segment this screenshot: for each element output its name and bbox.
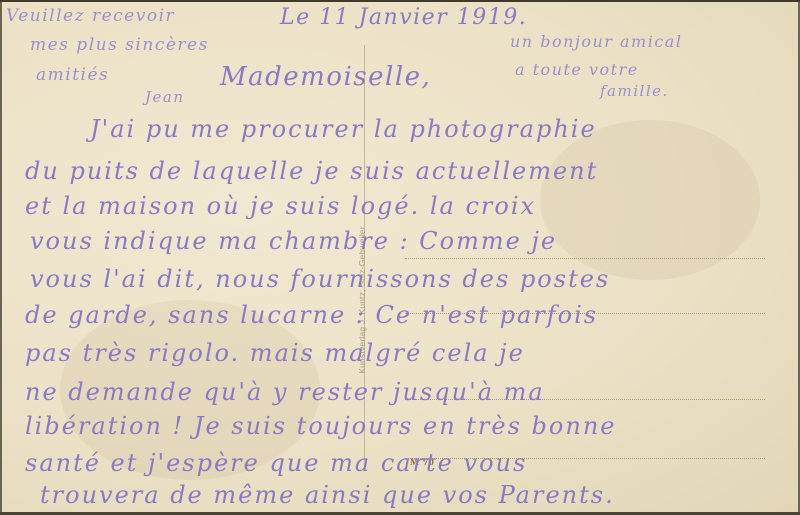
body-line: vous indique ma chambre : Comme je [30, 227, 557, 255]
body-line: J'ai pu me procurer la photographie [90, 115, 597, 143]
margin-note-left: Veuillez recevoir [6, 6, 175, 26]
body-line: de garde, sans lucarne : Ce n'est parfoi… [25, 301, 598, 329]
signature: Jean [145, 88, 185, 106]
body-line: ne demande qu'à y rester jusqu'à ma [25, 378, 545, 406]
body-line: vous l'ai dit, nous fournissons des post… [30, 265, 610, 293]
body-line: libération ! Je suis toujours en très bo… [25, 412, 616, 440]
margin-note-right: un bonjour amical [510, 32, 682, 51]
address-line [405, 258, 765, 259]
margin-note-right: a toute votre [515, 60, 639, 79]
paper-stain [540, 120, 760, 280]
body-line: pas très rigolo. mais malgré cela je [25, 339, 525, 367]
body-line: et la maison où je suis logé. la croix [25, 192, 536, 220]
body-line: du puits de laquelle je suis actuellemen… [25, 157, 598, 185]
margin-note-left: amitiés [36, 65, 109, 85]
body-line: santé et j'espère que ma carte vous [25, 449, 527, 477]
date: Le 11 Janvier 1919. [280, 5, 527, 30]
salutation: Mademoiselle, [220, 62, 431, 92]
postcard-back: Kunstverlag J. Kuntz, Sulz-Gebweiler M 7… [0, 0, 800, 515]
margin-note-right: famille. [600, 82, 669, 100]
margin-note-left: mes plus sincères [30, 35, 209, 55]
body-line: trouvera de même ainsi que vos Parents. [40, 481, 615, 509]
